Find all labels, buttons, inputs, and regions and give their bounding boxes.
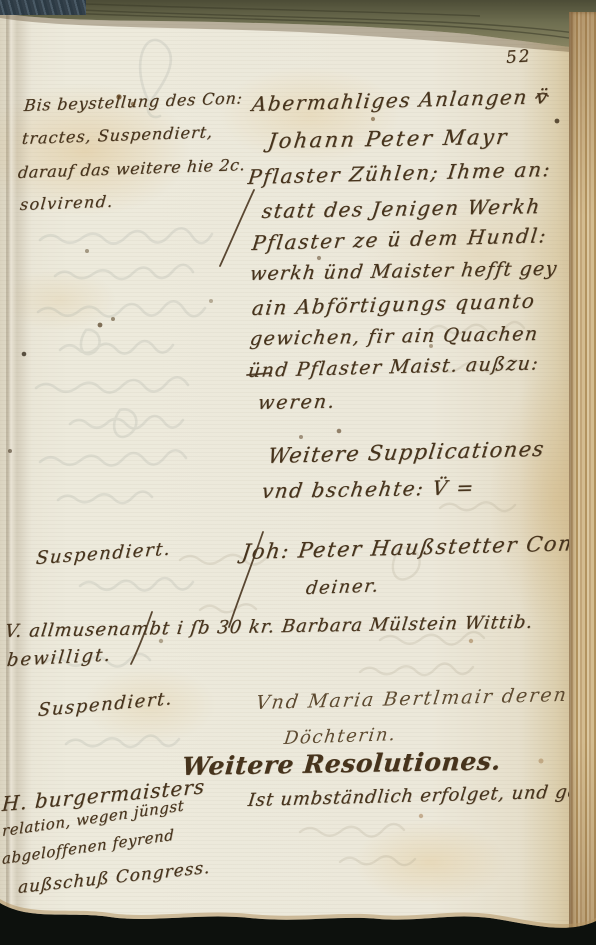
book-spine-corner (0, 0, 86, 15)
folio-number: 52 (505, 46, 532, 68)
entry-body-line: statt des Jenigen Werkh (261, 194, 543, 223)
page-stack-edge (569, 12, 596, 945)
entry-body-line: Johann Peter Mayr (267, 125, 511, 153)
foxing-specks (0, 0, 2, 2)
manuscript-page-scan: 52 Bis beystellung des Con: tractes, Sus… (0, 0, 596, 945)
entry-body-line: deiner. (305, 575, 381, 599)
entry-body-line: Döchterin. (283, 724, 398, 749)
margin-note-contract-line: solvirend. (19, 192, 114, 214)
resolutions-section-heading: Weitere Resolutiones. (181, 746, 502, 781)
binding-gutter-fold (6, 14, 32, 919)
entry-body-line: weren. (257, 391, 338, 414)
supplications-heading-line: vnd bschehte: V̈ = (260, 475, 476, 503)
